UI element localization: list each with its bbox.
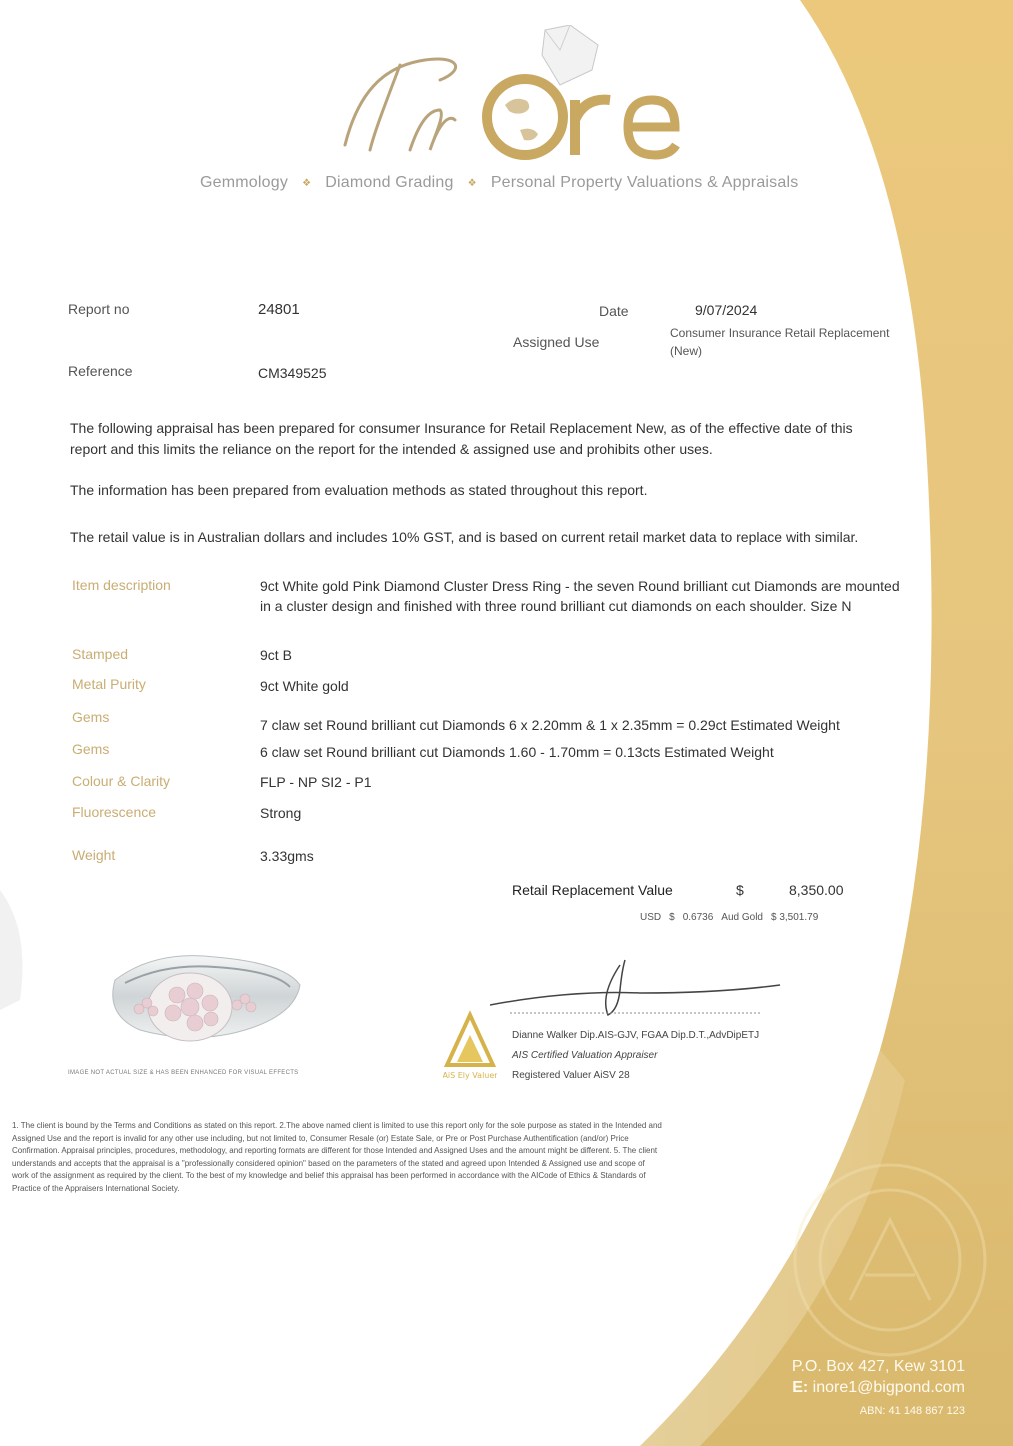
item-description-value: 9ct White gold Pink Diamond Cluster Dres… <box>260 576 910 616</box>
stamped-label: Stamped <box>72 646 128 662</box>
reference-label: Reference <box>68 363 133 379</box>
email-line: E: inore1@bigpond.com <box>792 1379 965 1397</box>
intro-paragraph-purpose: The following appraisal has been prepare… <box>70 418 890 460</box>
retail-replacement-label: Retail Replacement Value <box>512 882 673 898</box>
gems-value-2: 6 claw set Round brilliant cut Diamonds … <box>260 742 910 762</box>
fluorescence-value: Strong <box>260 803 910 823</box>
reference-value: CM349525 <box>258 365 327 381</box>
company-tagline: Gemmology ❖ Diamond Grading ❖ Personal P… <box>200 174 810 192</box>
weight-label: Weight <box>72 847 115 863</box>
item-description-label: Item description <box>72 577 171 593</box>
colour-clarity-value: FLP - NP SI2 - P1 <box>260 772 910 792</box>
diamond-separator-icon: ❖ <box>302 178 311 189</box>
intro-paragraph-retail-value: The retail value is in Australian dollar… <box>70 527 890 548</box>
colour-clarity-label: Colour & Clarity <box>72 773 170 789</box>
diamond-icon <box>542 25 598 85</box>
retail-replacement-amount: 8,350.00 <box>789 882 844 898</box>
exchange-rate-row: USD $ 0.6736 Aud Gold $ 3,501.79 <box>640 912 818 923</box>
metal-purity-value: 9ct White gold <box>260 676 910 696</box>
image-disclaimer: IMAGE NOT ACTUAL SIZE & HAS BEEN ENHANCE… <box>68 1070 298 1076</box>
abn: ABN: 41 148 867 123 <box>860 1405 965 1417</box>
report-no-value: 24801 <box>258 301 300 318</box>
tagline-valuations: Personal Property Valuations & Appraisal… <box>491 174 799 192</box>
ais-valuer-seal-icon: AiS Ely Valuer <box>443 1010 497 1085</box>
signature-icon <box>490 955 790 1025</box>
intro-paragraph-methods: The information has been prepared from e… <box>70 480 890 501</box>
date-label: Date <box>599 303 629 319</box>
metal-purity-label: Metal Purity <box>72 676 146 692</box>
aud-gold-label: Aud Gold <box>721 912 763 923</box>
stamped-value: 9ct B <box>260 645 910 665</box>
tagline-gemmology: Gemmology <box>200 174 288 192</box>
date-value: 9/07/2024 <box>695 302 757 318</box>
appraiser-registration: Registered Valuer AiSV 28 <box>512 1070 630 1081</box>
inore-logo <box>330 25 690 165</box>
postal-address: P.O. Box 427, Kew 3101 <box>792 1358 965 1376</box>
appraiser-name: Dianne Walker Dip.AIS-GJV, FGAA Dip.D.T.… <box>512 1030 759 1041</box>
assigned-use-value-line2: (New) <box>670 344 702 358</box>
usd-currency: $ <box>669 912 675 923</box>
aud-gold-value: $ 3,501.79 <box>771 912 818 923</box>
terms-and-conditions: 1. The client is bound by the Terms and … <box>12 1120 662 1195</box>
svg-text:AiS Ely Valuer: AiS Ely Valuer <box>443 1071 497 1080</box>
weight-value: 3.33gms <box>260 846 910 866</box>
usd-label: USD <box>640 912 661 923</box>
usd-rate: 0.6736 <box>683 912 714 923</box>
gems-label-1: Gems <box>72 709 109 725</box>
assigned-use-value-line1: Consumer Insurance Retail Replacement <box>670 326 889 340</box>
appraiser-title: AIS Certified Valuation Appraiser <box>512 1050 657 1061</box>
diamond-separator-icon: ❖ <box>468 178 477 189</box>
email-label: E: <box>792 1379 808 1396</box>
gems-value-1: 7 claw set Round brilliant cut Diamonds … <box>260 715 910 735</box>
email-link[interactable]: inore1@bigpond.com <box>813 1379 965 1396</box>
report-no-label: Report no <box>68 301 129 317</box>
assigned-use-label: Assigned Use <box>513 334 599 350</box>
fluorescence-label: Fluorescence <box>72 804 156 820</box>
ring-photo <box>95 945 310 1060</box>
gems-label-2: Gems <box>72 741 109 757</box>
currency-symbol: $ <box>736 882 744 898</box>
tagline-diamond-grading: Diamond Grading <box>325 174 453 192</box>
